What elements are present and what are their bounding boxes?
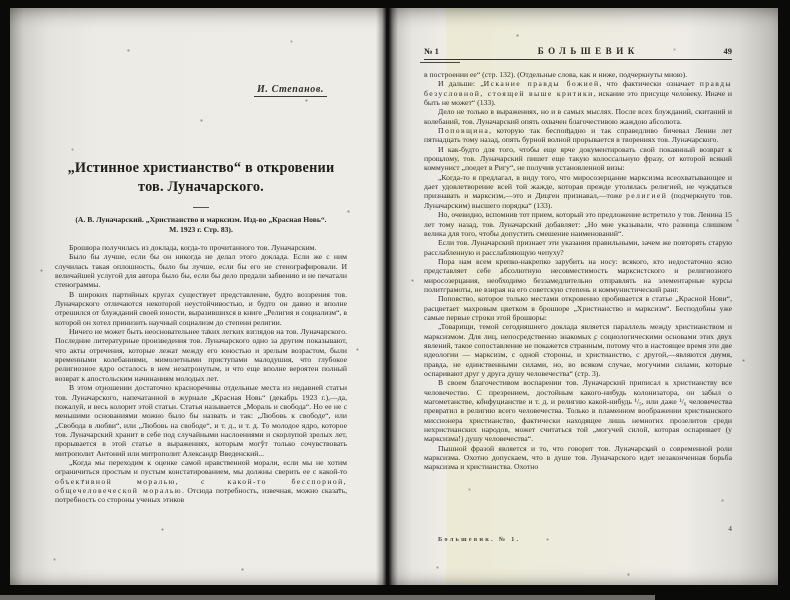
page-right: № 1 БОЛЬШЕВИК 49 в построении ее“ (стр. … xyxy=(386,8,778,585)
paragraph: Дело не только в выражениях, но и в самы… xyxy=(424,107,732,126)
emphasized-text: Искание правды божией xyxy=(484,79,600,88)
right-page-body: в построении ее“ (стр. 132). (Отдельные … xyxy=(424,70,732,472)
paragraph: В этом отношении достаточно красноречивы… xyxy=(55,383,347,458)
paragraph: Если тов. Луначарский признает эти указа… xyxy=(424,238,732,257)
paragraph: Поповство, которое только местами откров… xyxy=(424,294,732,322)
article-title-line2: тов. Луначарского. xyxy=(55,178,347,197)
emphasized-text: объективной моралью xyxy=(55,477,176,486)
paragraph-text: , с xyxy=(176,477,228,486)
paragraph-text: „Когда мы переходим к оценке самой нравс… xyxy=(55,458,347,476)
paragraph: Пора нам всем крепко-накрепко зарубить н… xyxy=(424,257,732,294)
paragraph: Брошюра получилась из доклада, когда-то … xyxy=(55,243,347,252)
title-divider xyxy=(193,207,209,208)
paragraph: В своем благочестивом воспарении тов. Лу… xyxy=(424,378,732,443)
journal-title: БОЛЬШЕВИК xyxy=(524,46,639,56)
paragraph: Пышной фразой является и то, что говорит… xyxy=(424,444,732,472)
right-text-column: № 1 БОЛЬШЕВИК 49 в построении ее“ (стр. … xyxy=(424,8,732,585)
paragraph: в построении ее“ (стр. 132). (Отдельные … xyxy=(424,70,732,79)
running-header: № 1 БОЛЬШЕВИК 49 xyxy=(424,46,732,56)
emphasized-text: религией xyxy=(626,191,667,200)
colophon: (А. В. Луначарский. „Христианство и марк… xyxy=(55,215,347,235)
paragraph: Но, очевидно, вспомнив тот прием, которы… xyxy=(424,210,732,238)
emphasized-text: Поповщина xyxy=(438,126,489,135)
paragraph-quote: И дальше: „Искание правды божией, что фа… xyxy=(424,79,732,107)
header-rule xyxy=(424,59,732,60)
left-text-column: И. Степанов. „Истинное христианство“ в о… xyxy=(55,8,347,585)
article-title: „Истинное христианство“ в откровении тов… xyxy=(55,159,347,196)
paragraph: В широких партийных кругах существует пр… xyxy=(55,290,347,327)
page-number: 49 xyxy=(724,46,733,56)
book-scan: И. Степанов. „Истинное христианство“ в о… xyxy=(0,0,790,600)
paragraph-quote: „Когда мы переходим к оценке самой нравс… xyxy=(55,458,347,505)
scan-bottom-edge xyxy=(0,595,655,600)
sheet-number: 4 xyxy=(728,524,732,533)
colophon-line2: М. 1923 г. Стр. 83). xyxy=(55,225,347,235)
paragraph-text: , что фактически означает xyxy=(600,79,700,88)
issue-number: № 1 xyxy=(424,46,439,56)
paragraph-quote: „Товарищи, темой сегодняшнего доклада яв… xyxy=(424,322,732,378)
paragraph: Было бы лучше, если бы он никогда не дел… xyxy=(55,252,347,289)
page-gutter-shadow xyxy=(376,8,398,585)
colophon-line1: (А. В. Луначарский. „Христианство и марк… xyxy=(55,215,347,225)
left-page-body: Брошюра получилась из доклада, когда-то … xyxy=(55,243,347,505)
footer-imprint: Большевик. № 1. xyxy=(438,536,520,543)
paragraph-text: И дальше: „ xyxy=(438,79,484,88)
article-title-line1: „Истинное христианство“ в откровении xyxy=(55,159,347,178)
paragraph-quote: „Когда-то я предлагал, в виду того, что … xyxy=(424,173,732,210)
paper-noise xyxy=(10,8,11,9)
author-byline: И. Степанов. xyxy=(254,84,327,97)
paragraph: И как-будто для того, чтобы еще ярче док… xyxy=(424,145,732,173)
page-left: И. Степанов. „Истинное христианство“ в о… xyxy=(10,8,386,585)
paragraph: Ничего не может быть неосновательнее так… xyxy=(55,327,347,383)
paragraph: Поповщина, которую так беспощадно и так … xyxy=(424,126,732,145)
